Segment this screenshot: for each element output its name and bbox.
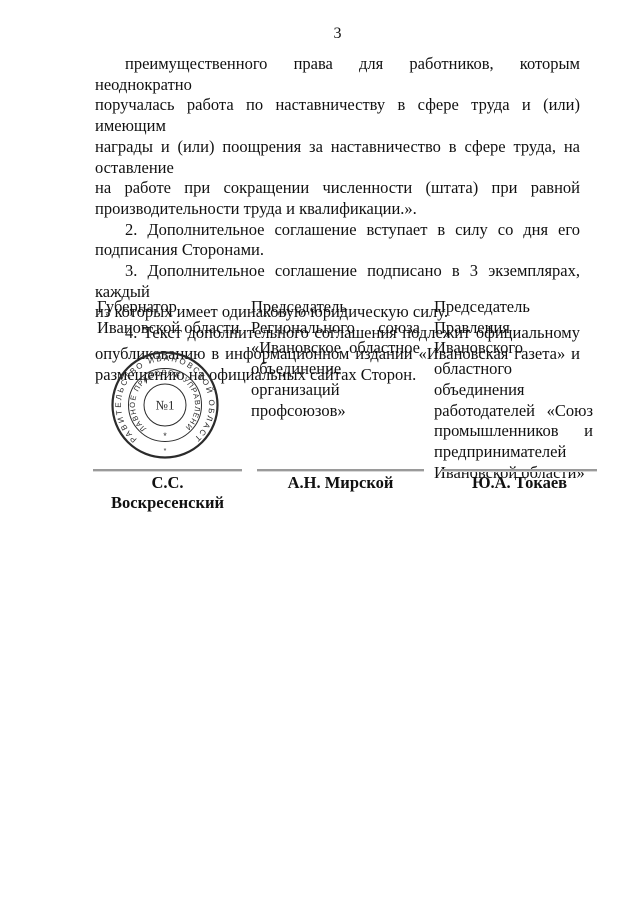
body-line: на работе при сокращении численности (шт…: [95, 178, 580, 199]
signatory-title-governor: Губернатор Ивановской области ПРАВИТЕЛЬС…: [97, 297, 243, 338]
title-line: объединения: [434, 380, 593, 401]
signatory-name: А.Н. Мирской: [257, 473, 424, 493]
body-line: подписания Сторонами.: [95, 240, 580, 261]
signature-line: [442, 469, 597, 471]
signatory-name: Ю.А. Токаев: [442, 473, 597, 493]
seal-bottom-star: *: [163, 431, 167, 441]
title-line: работодателей «Союз: [434, 401, 593, 422]
document-page: 3 преимущественного права для работников…: [0, 0, 640, 905]
signatory-title-union-chairman: Председатель Регионального союза «Иванов…: [251, 297, 420, 421]
signatory-name: С.С. Воскресенский: [93, 473, 242, 513]
title-line: Ивановского областного: [434, 338, 593, 379]
official-seal: ПРАВИТЕЛЬСТВО ИВАНОВСКОЙ ОБЛАСТИ ГЛАВНОЕ…: [110, 350, 220, 460]
body-line: поручалась работа по наставничеству в сф…: [95, 95, 580, 136]
title-line: Ивановской области: [97, 318, 243, 339]
body-line: 2. Дополнительное соглашение вступает в …: [95, 220, 580, 241]
signature-line: [93, 469, 242, 471]
body-line: преимущественного права для работников, …: [95, 54, 580, 95]
body-line: награды и (или) поощрения за наставничес…: [95, 137, 580, 178]
title-line: Губернатор: [97, 297, 243, 318]
seal-number: №1: [156, 398, 175, 413]
signatory-title-employers-chairman: Председатель Правления Ивановского облас…: [434, 297, 593, 483]
title-line: предпринимателей: [434, 442, 593, 463]
title-line: промышленников и: [434, 421, 593, 442]
body-paragraph-1: преимущественного права для работников, …: [95, 54, 580, 220]
title-line: Председатель: [251, 297, 420, 318]
signature-line: [257, 469, 424, 471]
title-line: профсоюзов»: [251, 401, 420, 422]
title-line: Регионального союза: [251, 318, 420, 339]
title-line: «Ивановское областное: [251, 338, 420, 359]
seal-outer-bottom-mark: *: [164, 448, 167, 455]
title-line: Председатель Правления: [434, 297, 593, 338]
body-line: производительности труда и квалификации.…: [95, 199, 580, 220]
page-number: 3: [95, 25, 580, 43]
body-paragraph-2: 2. Дополнительное соглашение вступает в …: [95, 220, 580, 261]
title-line: объединение организаций: [251, 359, 420, 400]
